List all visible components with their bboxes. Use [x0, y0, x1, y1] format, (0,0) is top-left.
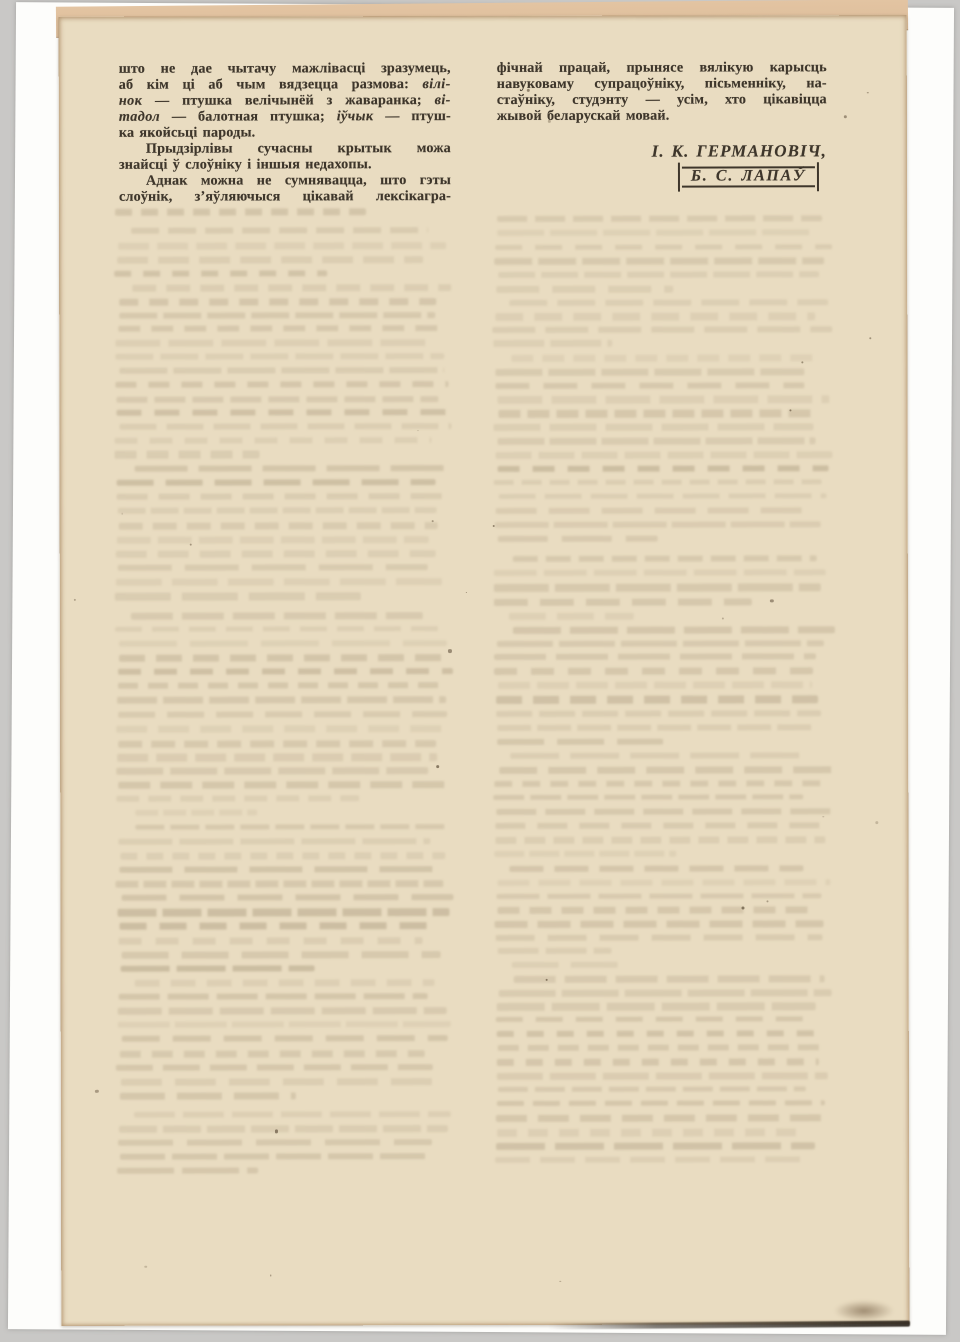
ghost-line: [119, 866, 434, 873]
ghost-line: [118, 838, 431, 845]
ghost-line: [118, 507, 437, 514]
ghost-line: [495, 522, 821, 529]
ghost-line: [120, 1050, 425, 1058]
ghost-line: [509, 865, 804, 872]
ghost-line: [498, 409, 817, 417]
ghost-line: [131, 612, 423, 619]
ghost-line: [498, 536, 659, 542]
speck: [74, 598, 76, 600]
text-segment: слоўнік, з’яўляючыся цікавай лексікагра-: [119, 188, 451, 205]
signature-germanovich: І. К. ГЕРМАНОВІЧ,: [497, 143, 827, 160]
ghost-line: [120, 312, 436, 319]
speck: [766, 900, 768, 902]
ghost-line: [498, 465, 828, 471]
ghost-line: [119, 298, 436, 306]
ghost-line: [497, 229, 814, 236]
ghost-line: [495, 382, 804, 389]
speck: [770, 599, 773, 602]
text-segment: — балотная птушка;: [160, 108, 337, 124]
text-segment: знайсці ў слоўніку і іншыя недахопы.: [119, 156, 372, 173]
text-line: тадол — балотная птушка; іўчык — птуш-: [119, 108, 451, 125]
ghost-line: [117, 753, 437, 761]
speck: [843, 115, 846, 118]
ghost-line: [115, 593, 361, 601]
ghost-line: [496, 368, 805, 376]
speck: [823, 816, 824, 817]
ghost-line: [134, 979, 434, 987]
speck: [546, 979, 548, 981]
ghost-line: [497, 907, 809, 914]
text-line: слоўнік, з’яўляючыся цікавай лексікагра-: [119, 188, 451, 205]
ghost-line: [118, 682, 445, 689]
ghost-line: [131, 228, 428, 235]
document-page: што не дае чытачу мажлівасці зразумець,а…: [59, 15, 910, 1326]
ghost-line: [120, 367, 445, 374]
ghost-line: [497, 738, 664, 745]
ghost-line: [134, 465, 450, 472]
italic-term: іўчык: [337, 108, 374, 124]
speck: [431, 520, 433, 522]
italic-term: ві-: [435, 92, 451, 108]
ghost-line: [496, 710, 821, 717]
text-line: стаўніку, студэнту — усім, хто цікавіцца: [497, 91, 827, 108]
ghost-line: [497, 1058, 819, 1066]
ghost-line: [115, 626, 444, 632]
ghost-line: [493, 794, 803, 800]
ghost-line: [496, 1114, 825, 1122]
ghost-line: [121, 894, 453, 900]
ghost-line: [513, 555, 817, 562]
ghost-line: [494, 921, 824, 929]
ghost-line: [115, 451, 260, 458]
ghost-line: [117, 1168, 258, 1174]
ghost-line: [497, 438, 815, 446]
ghost-line: [116, 396, 439, 403]
ghost-line: [510, 299, 828, 306]
text-line: што не дае чытачу мажлівасці зразумець,: [119, 60, 451, 77]
text-segment: — птушка велічынёй з жаваранка;: [142, 92, 434, 109]
ghost-line: [120, 423, 452, 430]
speck: [869, 337, 871, 339]
speck: [560, 1280, 561, 1281]
ghost-line: [497, 215, 822, 221]
ghost-line: [497, 809, 833, 816]
ghost-line: [493, 423, 813, 431]
ghost-line: [494, 851, 676, 857]
ghost-line: [496, 507, 809, 514]
ghost-line: [119, 640, 448, 647]
ghost-line: [116, 381, 448, 388]
text-segment: — птуш-: [373, 108, 450, 124]
text-line: аб кім ці аб чым вядзецца размова: вілі-: [119, 76, 451, 93]
ghost-line: [513, 626, 835, 634]
ghost-line: [118, 781, 453, 788]
ghost-line: [119, 740, 436, 748]
ghost-line: [494, 257, 824, 264]
text-segment: жывой беларускай мовай.: [497, 108, 670, 124]
text-line: фічнай працай, прынясе вялікую карысць: [497, 59, 827, 76]
ghost-line: [119, 923, 430, 930]
signature-lapau: Б. С. ЛАПАЎ: [682, 166, 815, 187]
ghost-line: [115, 339, 429, 346]
scanned-document: што не дае чытачу мажлівасці зразумець,а…: [0, 0, 960, 1342]
ghost-line: [118, 711, 447, 718]
ghost-line: [132, 284, 451, 292]
speck: [789, 409, 792, 412]
ghost-line: [116, 550, 435, 558]
ghost-line: [120, 1153, 426, 1160]
speck: [448, 649, 451, 652]
text-segment: Прыдзірлівы сучасны крытык можа: [146, 140, 451, 157]
ghost-line: [495, 1156, 809, 1163]
corner-smudge: [820, 1288, 900, 1326]
ghost-line: [118, 1139, 432, 1146]
ghost-line: [497, 696, 818, 704]
ghost-line: [496, 893, 821, 899]
ghost-line: [118, 1021, 451, 1028]
ghost-line: [497, 724, 814, 730]
speck: [722, 617, 724, 619]
text-line: нок — птушка велічынёй з жаваранка; ві-: [119, 92, 451, 109]
text-line: жывой беларускай мовай.: [497, 107, 827, 124]
text-line: Аднак можна не сумнявацца, што гэты: [119, 172, 451, 189]
ghost-line: [493, 326, 832, 333]
ghost-line: [119, 1125, 448, 1132]
ghost-line: [121, 951, 440, 958]
ghost-line: [116, 767, 428, 775]
ghost-line: [497, 1030, 825, 1037]
text-line: навуковаму супрацоўніку, пісьменніку, на…: [497, 75, 827, 92]
italic-term: нок: [119, 93, 142, 109]
ghost-line: [116, 409, 449, 415]
text-segment: навуковаму супрацоўніку, пісьменніку, на…: [497, 75, 827, 92]
ghost-line: [497, 948, 611, 954]
ghost-line: [498, 1086, 806, 1092]
speck: [875, 821, 878, 824]
ghost-line: [117, 493, 452, 500]
ghost-line: [497, 640, 824, 647]
ghost-line: [511, 752, 808, 758]
ghost-line: [119, 522, 438, 530]
ghost-line: [497, 286, 673, 293]
ghost-line: [494, 569, 825, 576]
ghost-line: [115, 208, 367, 216]
ghost-line: [509, 613, 634, 621]
ghost-line: [497, 879, 830, 886]
ghost-line: [119, 654, 452, 662]
ghost-line: [115, 437, 432, 444]
ghost-line: [496, 1072, 827, 1079]
ghost-line: [116, 479, 435, 486]
mourning-frame: Б. С. ЛАПАЎ: [678, 162, 819, 191]
speck: [190, 543, 192, 545]
ghost-line: [498, 682, 812, 690]
ghost-line: [495, 244, 831, 250]
ghost-line: [497, 1100, 825, 1106]
ghost-line: [114, 270, 327, 277]
paper-specks: [59, 15, 910, 1326]
ghost-line: [116, 578, 450, 586]
ghost-line: [117, 564, 427, 570]
speck: [867, 92, 869, 94]
right-column-lines: фічнай працай, прынясе вялікую карысцьна…: [497, 59, 827, 124]
text-segment: што не дае чытачу мажлівасці зразумець,: [119, 60, 451, 77]
speck: [417, 430, 418, 431]
ghost-line: [120, 1092, 296, 1100]
ghost-line: [118, 326, 442, 333]
speck: [741, 907, 744, 910]
speck: [121, 512, 123, 514]
speck: [145, 1266, 148, 1269]
ghost-line: [122, 1035, 448, 1042]
ghost-line: [496, 1142, 815, 1150]
ghost-line: [496, 1016, 817, 1022]
ghost-line: [494, 340, 612, 347]
ghost-line: [497, 396, 829, 404]
ghost-line: [116, 725, 444, 733]
ghost-line: [120, 852, 445, 860]
ghost-line: [498, 271, 819, 277]
ghost-line: [499, 989, 832, 997]
ghost-line: [494, 584, 821, 592]
ghost-line: [118, 937, 423, 945]
ghost-line: [496, 934, 823, 940]
ghost-line: [512, 962, 624, 968]
right-text-column: фічнай працай, прынясе вялікую карысцьна…: [497, 59, 827, 192]
ghost-line: [119, 993, 428, 1000]
italic-term: тадол: [119, 109, 160, 125]
ghost-line: [116, 795, 360, 802]
ghost-line: [495, 313, 815, 321]
left-text-column: што не дае чытачу мажлівасці зразумець,а…: [119, 60, 451, 205]
ghost-line: [118, 242, 446, 249]
text-segment: стаўніку, студэнту — усім, хто цікавіцца: [497, 91, 827, 108]
speck: [436, 766, 439, 769]
text-line: ка якойсьці пароды.: [119, 124, 451, 141]
speck: [492, 525, 494, 527]
ghost-line: [117, 536, 429, 544]
ghost-line: [495, 836, 825, 844]
italic-term: вілі-: [423, 76, 451, 92]
ghost-line: [514, 975, 825, 982]
ghost-line: [495, 452, 833, 459]
ghost-line: [120, 966, 314, 973]
text-segment: Аднак можна не сумнявацца, што гэты: [146, 172, 451, 189]
ghost-line: [118, 697, 447, 704]
ghost-line: [116, 1064, 433, 1070]
text-segment: ка якойсьці пароды.: [119, 124, 256, 140]
ghost-line: [118, 1007, 447, 1014]
speck: [275, 1130, 278, 1133]
speck: [95, 1090, 98, 1093]
show-through-ghost-text: [59, 15, 910, 1326]
ghost-line: [135, 810, 257, 816]
ghost-line: [493, 479, 821, 485]
ghost-line: [499, 493, 827, 499]
ghost-line: [134, 1111, 451, 1117]
ghost-line: [511, 354, 820, 361]
text-line: Прыдзірлівы сучасны крытык можа: [119, 140, 451, 157]
speck: [801, 362, 803, 364]
ghost-line: [121, 1078, 441, 1086]
ghost-line: [494, 653, 816, 660]
ghost-line: [494, 667, 813, 675]
ghost-line: [115, 353, 444, 359]
text-segment: аб кім ці аб чым вядзецца размова:: [119, 76, 423, 93]
ghost-line: [497, 1003, 816, 1011]
ghost-line: [494, 598, 751, 605]
speck: [466, 592, 467, 593]
text-line: знайсці ў слоўніку і іншыя недахопы.: [119, 156, 451, 173]
ghost-line: [135, 824, 445, 830]
ghost-line: [495, 780, 831, 787]
ghost-line: [498, 1044, 823, 1051]
ghost-line: [116, 880, 443, 888]
signature-frame-row: Б. С. ЛАПАЎ: [497, 162, 827, 192]
ghost-line: [117, 256, 423, 264]
ghost-line: [495, 822, 827, 829]
ghost-line: [499, 767, 839, 774]
speck: [270, 1275, 272, 1277]
ghost-line: [497, 1129, 807, 1137]
text-segment: фічнай працай, прынясе вялікую карысць: [497, 59, 827, 76]
ghost-line: [118, 668, 453, 676]
ghost-line: [117, 908, 449, 916]
